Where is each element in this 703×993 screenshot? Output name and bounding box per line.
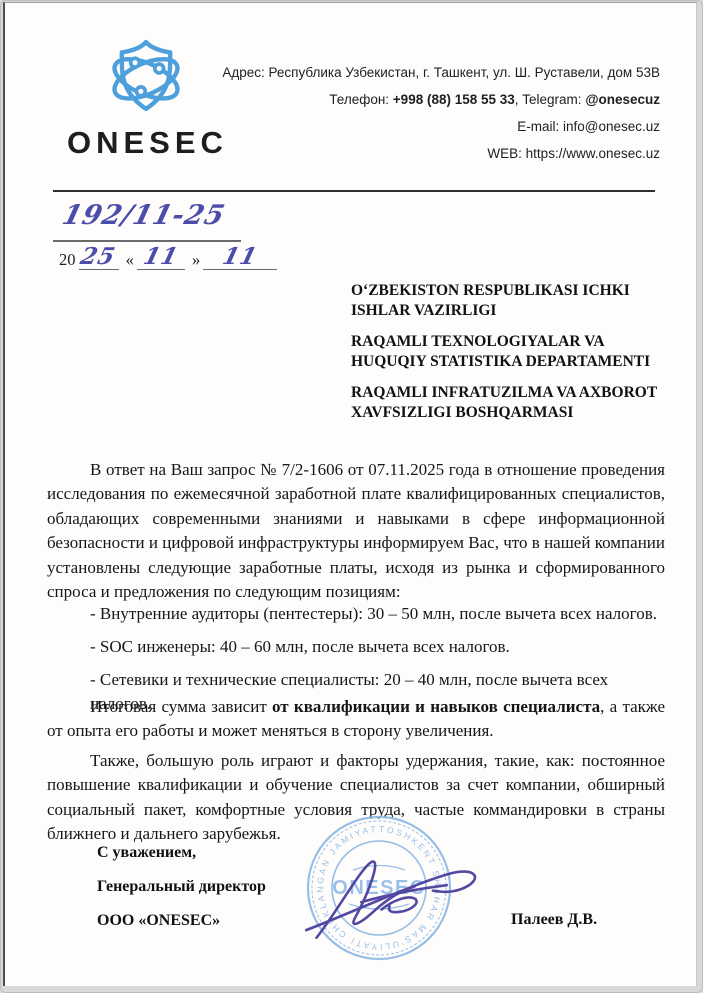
addressee-line-1: O‘ZBEKISTON RESPUBLIKASI ICHKI ISHLAR VA… bbox=[351, 281, 671, 321]
salary-list-item: - Внутренние аудиторы (пентестеры): 30 –… bbox=[47, 602, 665, 626]
email-line: E-mail: info@onesec.uz bbox=[180, 113, 660, 140]
scan-viewport: ONESEC Адрес: Республика Узбекистан, г. … bbox=[0, 0, 703, 993]
date-line: 2025 «11 »11 bbox=[59, 247, 280, 270]
salary-list-item: - SOC инженеры: 40 – 60 млн, после вычет… bbox=[47, 635, 665, 659]
contact-block: Адрес: Республика Узбекистан, г. Ташкент… bbox=[180, 59, 660, 167]
quote-close: » bbox=[192, 250, 200, 269]
year-handwritten: 25 bbox=[79, 247, 118, 267]
month-handwritten: 11 bbox=[221, 247, 260, 267]
signatory-name: Палеев Д.В. bbox=[511, 911, 597, 929]
body-paragraph-1: В ответ на Ваш запрос № 7/2-1606 от 07.1… bbox=[47, 458, 665, 604]
shield-logo-icon bbox=[102, 37, 190, 125]
quote-open: « bbox=[126, 250, 134, 269]
signature-block: С уважением, Генеральный директор ООО «O… bbox=[97, 843, 266, 945]
letter-page: ONESEC Адрес: Республика Узбекистан, г. … bbox=[3, 2, 697, 986]
phone-line: Телефон: +998 (88) 158 55 33, Telegram: … bbox=[180, 86, 660, 113]
signature-scribble bbox=[295, 840, 493, 947]
address-line: Адрес: Республика Узбекистан, г. Ташкент… bbox=[180, 59, 660, 86]
body-paragraph-2: Итоговая сумма зависит от квалификации и… bbox=[47, 695, 665, 744]
director-title: Генеральный директор bbox=[97, 877, 266, 897]
company-name: ООО «ONESEC» bbox=[97, 911, 266, 931]
header-divider bbox=[53, 190, 655, 192]
addressee-line-3: RAQAMLI INFRATUZILMA VA AXBOROT XAVFSIZL… bbox=[351, 383, 671, 423]
ref-underline bbox=[53, 240, 241, 242]
ref-number-handwritten: 192/11-25 bbox=[59, 200, 228, 231]
addressee-line-2: RAQAMLI TEXNOLOGIYALAR VA HUQUQIY STATIS… bbox=[351, 332, 671, 372]
bold-emphasis: от квалификации и навыков специалиста bbox=[272, 697, 600, 716]
closing-line: С уважением, bbox=[97, 843, 266, 863]
phone-number: +998 (88) 158 55 33 bbox=[393, 92, 515, 107]
date-prefix: 20 bbox=[59, 250, 76, 269]
addressee-block: O‘ZBEKISTON RESPUBLIKASI ICHKI ISHLAR VA… bbox=[351, 281, 671, 434]
telegram-handle: @onesecuz bbox=[585, 92, 660, 107]
day-handwritten: 11 bbox=[141, 247, 180, 267]
web-line: WEB: https://www.onesec.uz bbox=[180, 140, 660, 167]
